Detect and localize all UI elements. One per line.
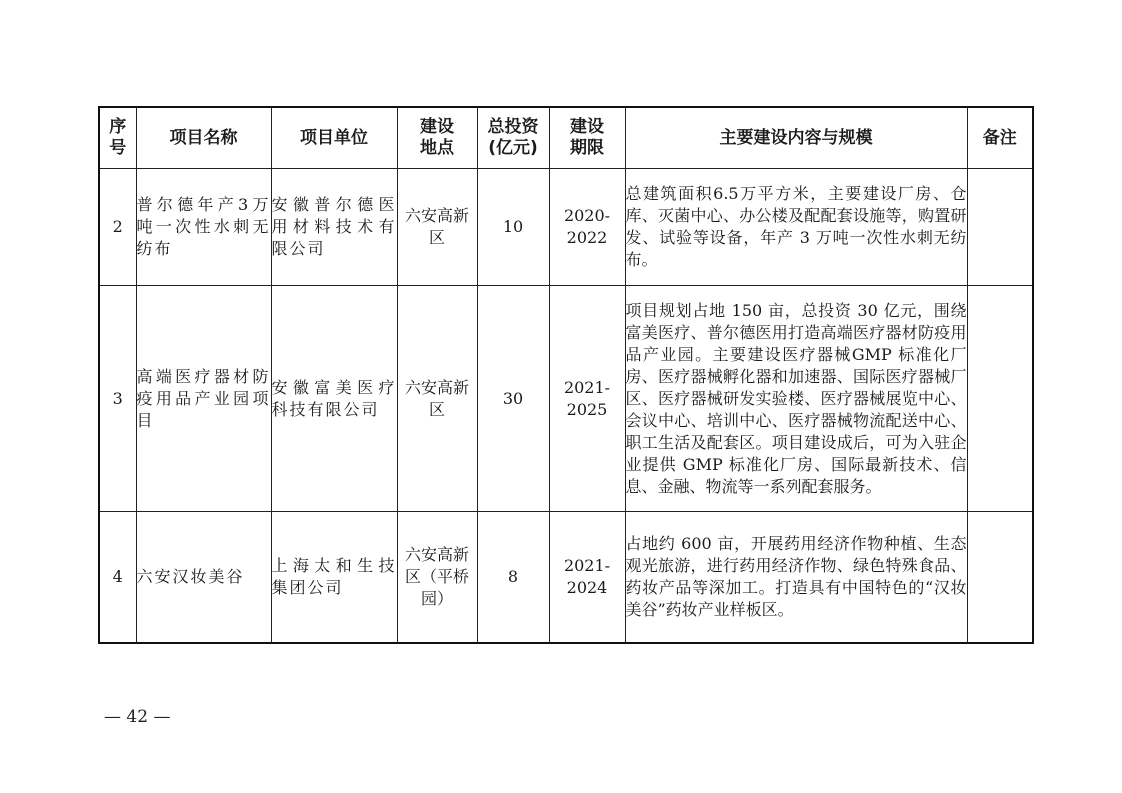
header-period-line1: 建设 [550, 117, 625, 138]
cell-content: 占地约 600 亩，开展药用经济作物种植、生态观光旅游，进行药用经济作物、绿色特… [625, 512, 967, 644]
project-table: 序 号 项目名称 项目单位 建设 地点 总投资 (亿元) 建设 期限 主要建设内… [98, 106, 1034, 644]
cell-project-unit: 安徽普尔德医用材料技术有限公司 [271, 169, 397, 286]
header-period: 建设 期限 [549, 107, 625, 169]
period-start: 2021- [550, 377, 625, 399]
header-unit: 项目单位 [271, 107, 397, 169]
document-page: 序 号 项目名称 项目单位 建设 地点 总投资 (亿元) 建设 期限 主要建设内… [0, 0, 1122, 793]
period-start: 2021- [550, 555, 625, 577]
cell-location: 六安高新区 [397, 169, 477, 286]
period-start: 2020- [550, 205, 625, 227]
header-location-line2: 地点 [398, 138, 477, 159]
table-header-row: 序 号 项目名称 项目单位 建设 地点 总投资 (亿元) 建设 期限 主要建设内… [99, 107, 1033, 169]
period-end: 2025 [550, 399, 625, 421]
cell-period: 2020- 2022 [549, 169, 625, 286]
header-location-line1: 建设 [398, 117, 477, 138]
cell-period: 2021- 2024 [549, 512, 625, 644]
header-seq-line1: 序 [100, 117, 136, 138]
cell-remarks [967, 512, 1033, 644]
header-content: 主要建设内容与规模 [625, 107, 967, 169]
header-seq: 序 号 [99, 107, 136, 169]
cell-remarks [967, 286, 1033, 512]
header-location: 建设 地点 [397, 107, 477, 169]
cell-period: 2021- 2025 [549, 286, 625, 512]
cell-investment: 8 [477, 512, 549, 644]
header-remarks: 备注 [967, 107, 1033, 169]
cell-investment: 30 [477, 286, 549, 512]
header-name: 项目名称 [136, 107, 271, 169]
cell-project-unit: 安徽富美医疗科技有限公司 [271, 286, 397, 512]
header-investment-line2: (亿元) [478, 138, 549, 159]
cell-investment: 10 [477, 169, 549, 286]
cell-location: 六安高新区 [397, 286, 477, 512]
cell-project-name: 六安汉妆美谷 [136, 512, 271, 644]
cell-content: 项目规划占地 150 亩，总投资 30 亿元，围绕富美医疗、普尔德医用打造高端医… [625, 286, 967, 512]
cell-seq: 3 [99, 286, 136, 512]
cell-content: 总建筑面积6.5万平方米，主要建设厂房、仓库、灭菌中心、办公楼及配配套设施等，购… [625, 169, 967, 286]
page-number: — 42 — [104, 707, 170, 727]
cell-location: 六安高新区（平桥园） [397, 512, 477, 644]
header-period-line2: 期限 [550, 138, 625, 159]
cell-project-unit: 上海太和生技集团公司 [271, 512, 397, 644]
table-row: 4 六安汉妆美谷 上海太和生技集团公司 六安高新区（平桥园） 8 2021- 2… [99, 512, 1033, 644]
period-end: 2022 [550, 227, 625, 249]
cell-remarks [967, 169, 1033, 286]
cell-seq: 4 [99, 512, 136, 644]
cell-seq: 2 [99, 169, 136, 286]
header-investment-line1: 总投资 [478, 117, 549, 138]
table-row: 2 普尔德年产3万吨一次性水刺无纺布 安徽普尔德医用材料技术有限公司 六安高新区… [99, 169, 1033, 286]
header-seq-line2: 号 [100, 138, 136, 159]
header-investment: 总投资 (亿元) [477, 107, 549, 169]
period-end: 2024 [550, 577, 625, 599]
cell-project-name: 普尔德年产3万吨一次性水刺无纺布 [136, 169, 271, 286]
cell-project-name: 高端医疗器材防疫用品产业园项目 [136, 286, 271, 512]
table-row: 3 高端医疗器材防疫用品产业园项目 安徽富美医疗科技有限公司 六安高新区 30 … [99, 286, 1033, 512]
